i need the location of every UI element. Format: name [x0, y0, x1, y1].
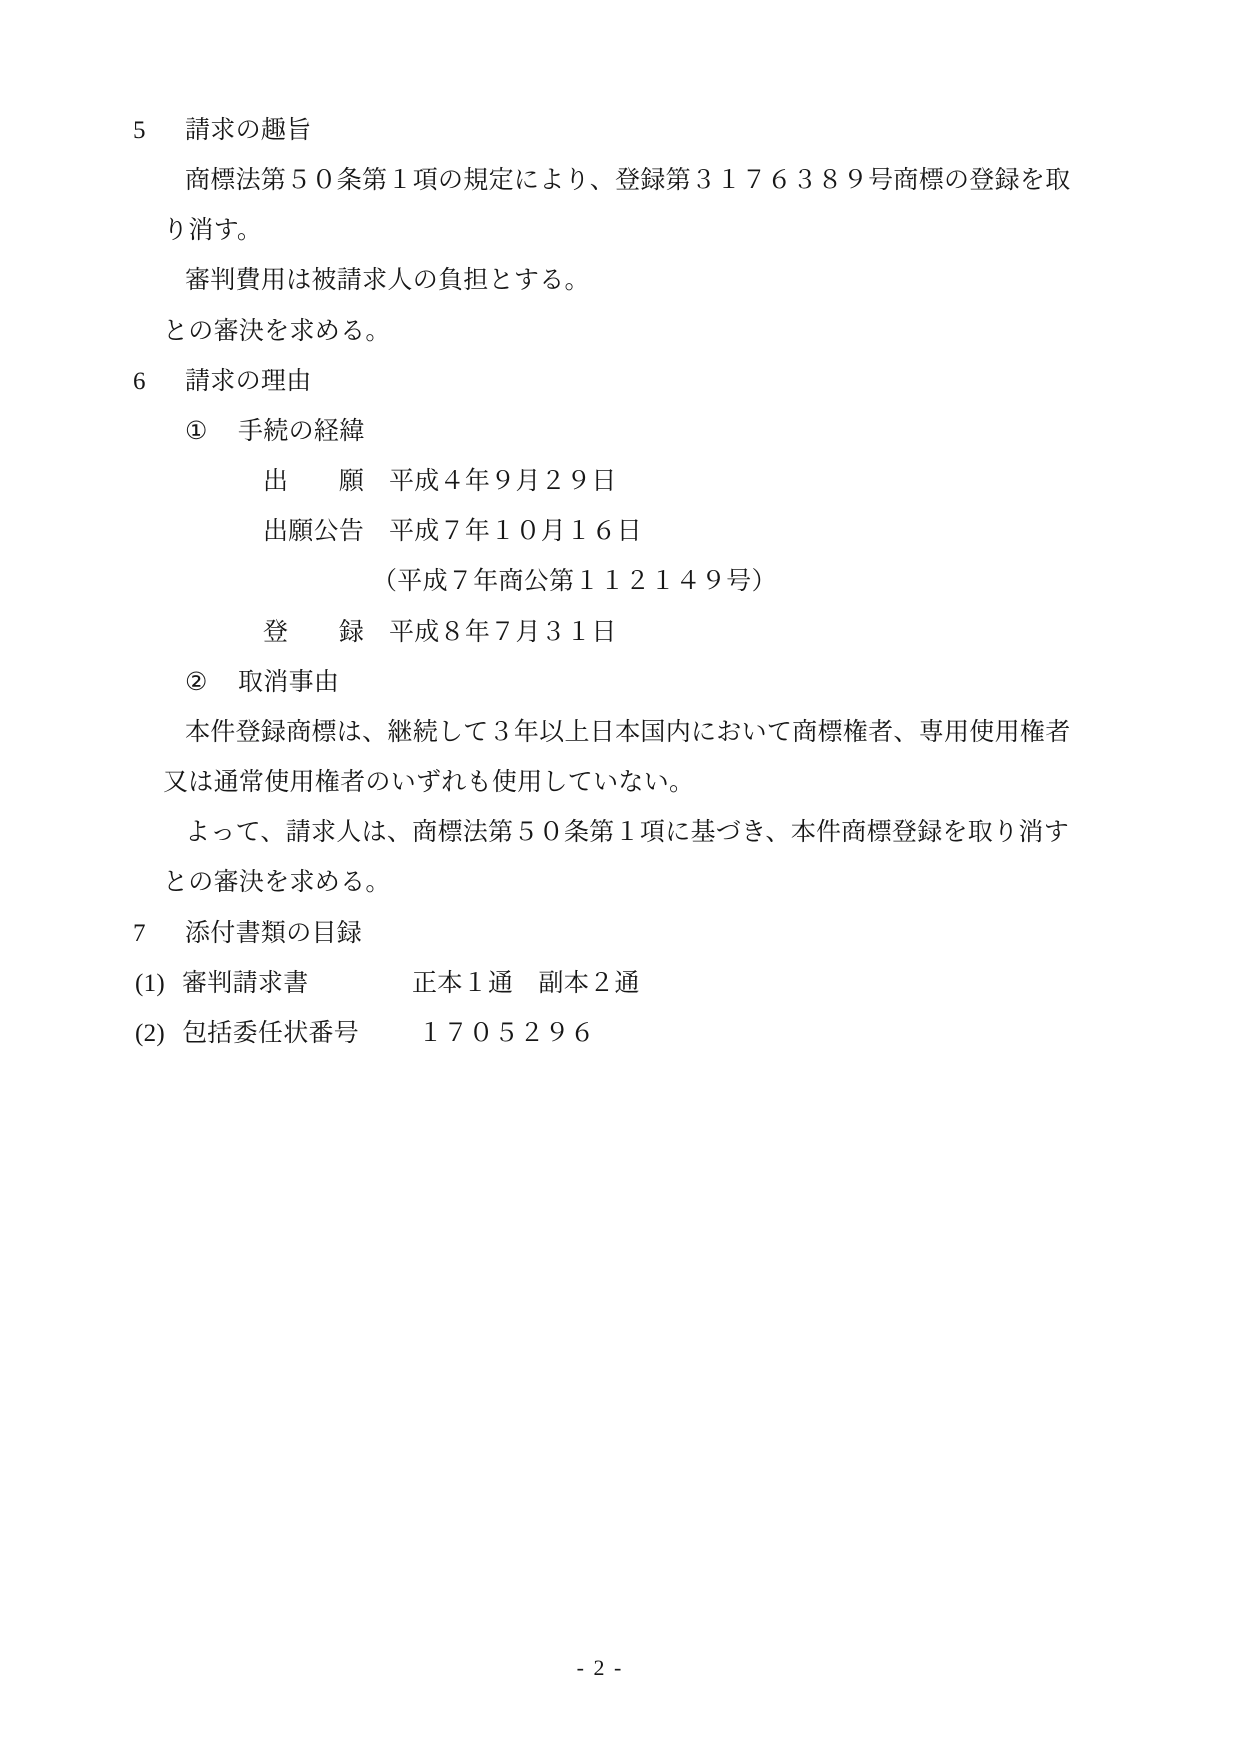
item-2-paragraph-1-line-2: 又は通常使用権者のいずれも使用していない。: [0, 769, 1241, 796]
history-entry-registration: 登 録 平成８年７月３１日: [0, 619, 1241, 646]
attachment-value: 正本１通 副本２通: [412, 970, 640, 997]
item-2-heading: ② 取消事由: [0, 669, 1241, 696]
item-2-paragraph-1-line-1: 本件登録商標は、継続して３年以上日本国内において商標権者、専用使用権者: [0, 719, 1241, 746]
body-text: 本件登録商標は、継続して３年以上日本国内において商標権者、専用使用権者: [185, 719, 1071, 746]
section-6-number: 6: [133, 368, 146, 395]
attachment-value: １７０５２９６: [418, 1020, 595, 1047]
attachment-label: 包括委任状番号: [182, 1020, 359, 1047]
body-text: よって、請求人は、商標法第５０条第１項に基づき、本件商標登録を取り消す: [185, 819, 1069, 846]
entry-note: （平成７年商公第１１２１４９号）: [372, 568, 777, 595]
entry-value: 平成４年９月２９日: [389, 468, 617, 495]
item-2-paragraph-2-line-2: との審決を求める。: [0, 869, 1241, 896]
section-5-paragraph-2: 審判費用は被請求人の負担とする。: [0, 267, 1241, 294]
entry-label: 出 願: [263, 468, 364, 495]
entry-label: 出願公告: [263, 518, 364, 545]
attachment-number: (1): [135, 970, 165, 997]
section-6-title: 請求の理由: [185, 368, 312, 395]
item-2-marker: ②: [185, 669, 208, 696]
section-7-number: 7: [133, 920, 146, 947]
attachment-number: (2): [135, 1020, 165, 1047]
item-1-title: 手続の経緯: [238, 418, 365, 445]
section-5-paragraph-1-line-2: り消す。: [0, 217, 1241, 244]
document-page: 5 請求の趣旨 商標法第５０条第１項の規定により、登録第３１７６３８９号商標の登…: [0, 0, 1241, 1754]
entry-value: 平成７年１０月１６日: [389, 518, 642, 545]
attachment-label: 審判請求書: [182, 970, 309, 997]
attachment-row-1: (1) 審判請求書 正本１通 副本２通: [0, 970, 1241, 997]
section-5-number: 5: [133, 117, 146, 144]
body-text: との審決を求める。: [163, 318, 391, 345]
body-text: 審判費用は被請求人の負担とする。: [185, 267, 590, 294]
item-1-marker: ①: [185, 418, 208, 445]
section-7-title: 添付書類の目録: [185, 920, 362, 947]
entry-value: 平成８年７月３１日: [389, 619, 617, 646]
section-6-heading: 6 請求の理由: [0, 368, 1241, 395]
body-text: り消す。: [163, 217, 262, 244]
section-7-heading: 7 添付書類の目録: [0, 920, 1241, 947]
section-5-heading: 5 請求の趣旨: [0, 117, 1241, 144]
attachment-row-2: (2) 包括委任状番号 １７０５２９６: [0, 1020, 1241, 1047]
body-text: 商標法第５０条第１項の規定により、登録第３１７６３８９号商標の登録を取: [185, 167, 1071, 194]
section-5-paragraph-1-line-1: 商標法第５０条第１項の規定により、登録第３１７６３８９号商標の登録を取: [0, 167, 1241, 194]
section-5-title: 請求の趣旨: [185, 117, 312, 144]
page-number: - 2 -: [0, 1656, 1200, 1680]
history-entry-application: 出 願 平成４年９月２９日: [0, 468, 1241, 495]
item-2-paragraph-2-line-1: よって、請求人は、商標法第５０条第１項に基づき、本件商標登録を取り消す: [0, 819, 1241, 846]
history-entry-publication: 出願公告 平成７年１０月１６日: [0, 518, 1241, 545]
body-text: との審決を求める。: [163, 869, 391, 896]
section-5-closing: との審決を求める。: [0, 318, 1241, 345]
entry-label: 登 録: [263, 619, 364, 646]
history-entry-publication-note: （平成７年商公第１１２１４９号）: [0, 568, 1241, 595]
body-text: 又は通常使用権者のいずれも使用していない。: [163, 769, 694, 796]
item-1-heading: ① 手続の経緯: [0, 418, 1241, 445]
item-2-title: 取消事由: [238, 669, 339, 696]
